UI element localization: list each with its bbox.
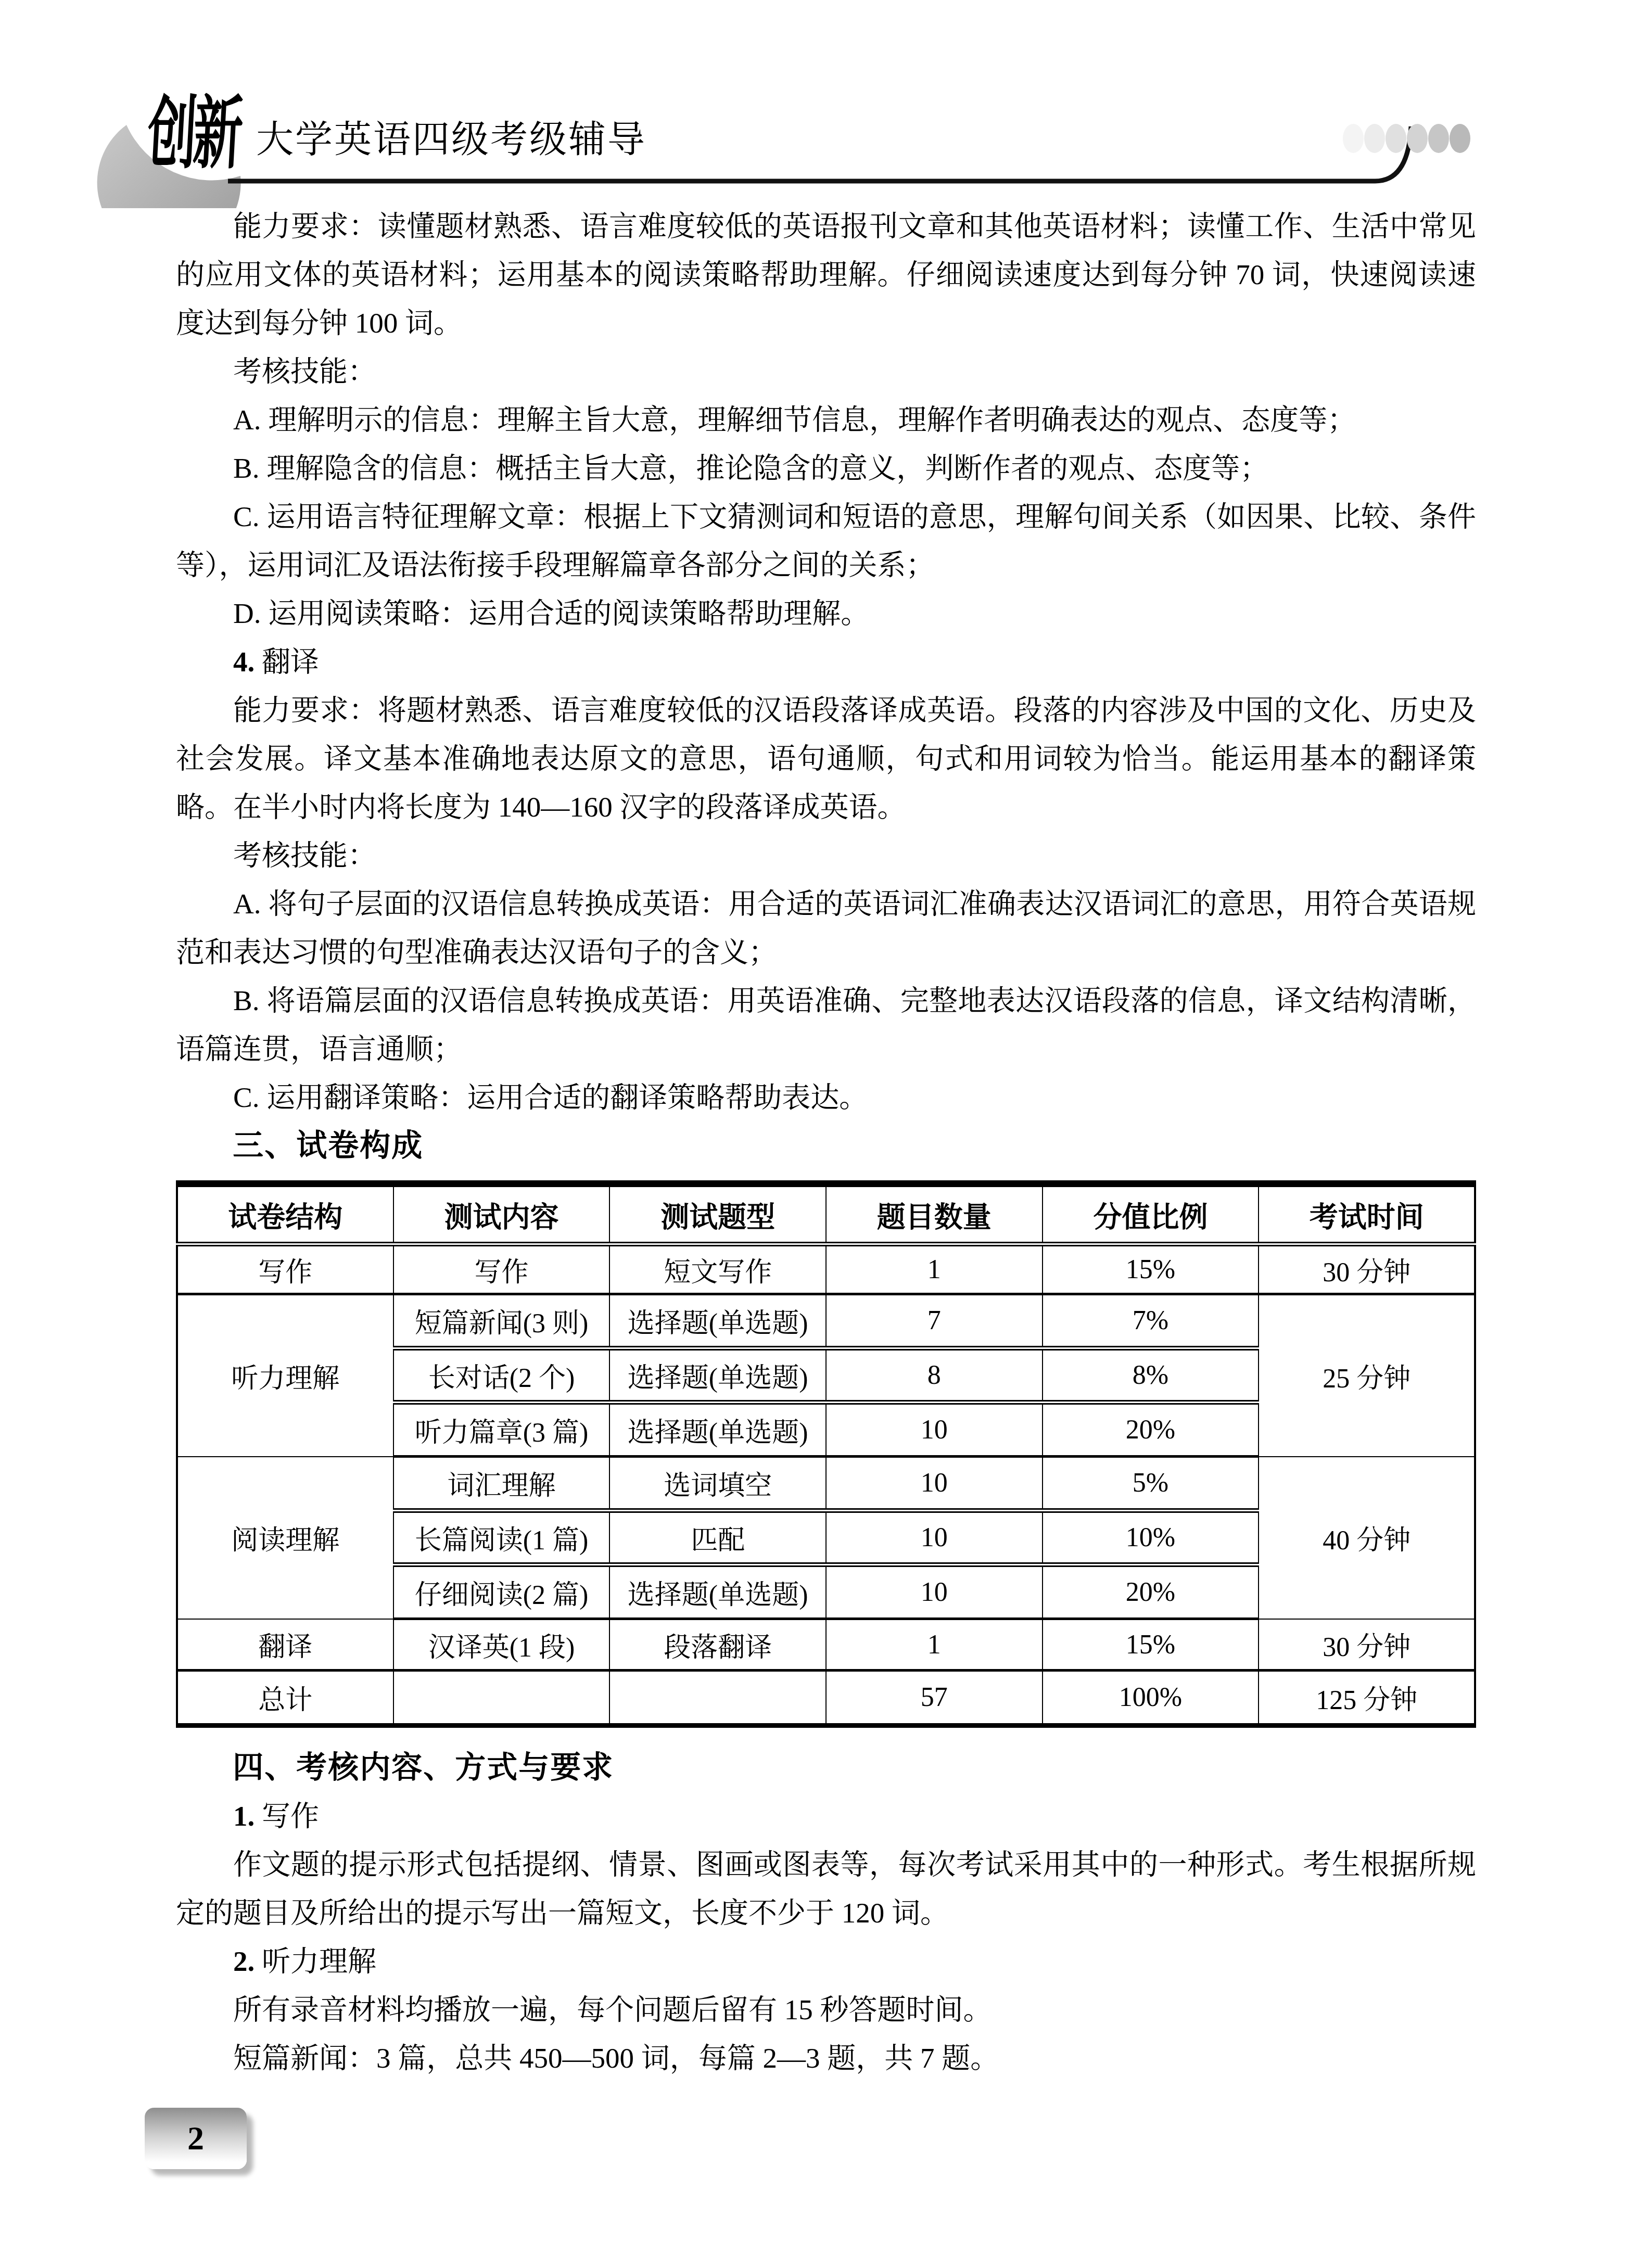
- cell-type: 短文写作: [609, 1244, 826, 1294]
- cell-total-time: 125 分钟: [1259, 1671, 1475, 1726]
- col-header-question-count: 题目数量: [826, 1184, 1043, 1244]
- paragraph-reading-ability: 能力要求：读懂题材熟悉、语言难度较低的英语报刊文章和其他英语材料；读懂工作、生活…: [176, 202, 1476, 347]
- col-header-test-content: 测试内容: [393, 1184, 610, 1244]
- paragraph-writing-requirement: 作文题的提示形式包括提纲、情景、图画或图表等，每次考试采用其中的一种形式。考生根…: [176, 1840, 1476, 1937]
- cell-content: 短篇新闻(3 则): [393, 1294, 610, 1348]
- cell-count: 10: [826, 1457, 1043, 1511]
- header-decoration: [0, 0, 1652, 208]
- cell-ratio: 20%: [1043, 1565, 1259, 1619]
- cell-content: 写作: [393, 1244, 610, 1294]
- cell-count: 8: [826, 1348, 1043, 1403]
- table-row-reading-vocabulary: 阅读理解 词汇理解 选词填空 10 5% 40 分钟: [177, 1457, 1475, 1511]
- cell-ratio: 15%: [1043, 1619, 1259, 1671]
- label-assessed-skills-translation: 考核技能：: [176, 831, 1476, 880]
- section-heading-assessment: 四、考核内容、方式与要求: [176, 1743, 1476, 1792]
- cell-section-reading: 阅读理解: [177, 1457, 393, 1619]
- col-header-paper-structure: 试卷结构: [177, 1184, 393, 1244]
- reading-skill-item-a: A. 理解明示的信息：理解主旨大意，理解细节信息，理解作者明确表达的观点、态度等…: [176, 396, 1476, 444]
- cell-content: 仔细阅读(2 篇): [393, 1565, 610, 1619]
- cell-ratio: 10%: [1043, 1511, 1259, 1565]
- table-row-translation: 翻译 汉译英(1 段) 段落翻译 1 15% 30 分钟: [177, 1619, 1475, 1671]
- reading-skill-item-b: B. 理解隐含的信息：概括主旨大意，推论隐含的意义，判断作者的观点、态度等；: [176, 444, 1476, 492]
- table-row-listening-news: 听力理解 短篇新闻(3 则) 选择题(单选题) 7 7% 25 分钟: [177, 1294, 1475, 1348]
- cell-empty: [393, 1671, 610, 1726]
- col-header-exam-time: 考试时间: [1259, 1184, 1475, 1244]
- cell-section-listening: 听力理解: [177, 1294, 393, 1457]
- numbered-item-4-translation: 4. 翻译: [176, 638, 1476, 686]
- cell-count: 10: [826, 1403, 1043, 1457]
- col-header-test-question-type: 测试题型: [609, 1184, 826, 1244]
- translation-skill-item-b: B. 将语篇层面的汉语信息转换成英语：用英语准确、完整地表达汉语段落的信息，译文…: [176, 976, 1476, 1073]
- cell-total-count: 57: [826, 1671, 1043, 1726]
- cell-section: 翻译: [177, 1619, 393, 1671]
- cell-time-listening: 25 分钟: [1259, 1294, 1475, 1457]
- cell-count: 10: [826, 1511, 1043, 1565]
- cell-time-reading: 40 分钟: [1259, 1457, 1475, 1619]
- page-header: 创新 大学英语四级考级辅导: [0, 0, 1652, 208]
- table-row-total: 总计 57 100% 125 分钟: [177, 1671, 1475, 1726]
- cell-type: 选择题(单选题): [609, 1403, 826, 1457]
- page-header-title: 大学英语四级考级辅导: [256, 119, 646, 160]
- cell-total-label: 总计: [177, 1671, 393, 1726]
- cell-content: 听力篇章(3 篇): [393, 1403, 610, 1457]
- cell-time: 30 分钟: [1259, 1244, 1475, 1294]
- col-header-score-ratio: 分值比例: [1043, 1184, 1259, 1244]
- cell-ratio: 7%: [1043, 1294, 1259, 1348]
- translation-skill-item-a: A. 将句子层面的汉语信息转换成英语：用合适的英语词汇准确表达汉语词汇的意思，用…: [176, 880, 1476, 976]
- numbered-item-2-listening: 2. 听力理解: [176, 1937, 1476, 1985]
- cell-ratio: 20%: [1043, 1403, 1259, 1457]
- cell-type: 选择题(单选题): [609, 1348, 826, 1403]
- item-label: 翻译: [262, 646, 319, 678]
- cell-type: 匹配: [609, 1511, 826, 1565]
- item-number: 4.: [233, 646, 255, 678]
- table-row-writing: 写作 写作 短文写作 1 15% 30 分钟: [177, 1244, 1475, 1294]
- paragraph-listening-requirement: 所有录音材料均播放一遍，每个问题后留有 15 秒答题时间。: [176, 1985, 1476, 2034]
- cell-section: 写作: [177, 1244, 393, 1294]
- cell-ratio: 8%: [1043, 1348, 1259, 1403]
- cell-count: 7: [826, 1294, 1043, 1348]
- exam-structure-table: 试卷结构 测试内容 测试题型 题目数量 分值比例 考试时间 写作 写作 短文写作…: [176, 1180, 1476, 1728]
- numbered-item-1-writing: 1. 写作: [176, 1792, 1476, 1840]
- section-heading-paper-structure: 三、试卷构成: [176, 1122, 1476, 1170]
- table-header-row: 试卷结构 测试内容 测试题型 题目数量 分值比例 考试时间: [177, 1184, 1475, 1244]
- paragraph-news-requirement: 短篇新闻：3 篇，总共 450—500 词，每篇 2—3 题，共 7 题。: [176, 2034, 1476, 2082]
- brand-logo: 创新: [145, 93, 242, 176]
- book-page: 创新 大学英语四级考级辅导 能力要求：读懂题材熟悉、语言难度较低的英语报刊文章和…: [0, 0, 1652, 2242]
- cell-time: 30 分钟: [1259, 1619, 1475, 1671]
- cell-type: 选择题(单选题): [609, 1294, 826, 1348]
- page-body: 能力要求：读懂题材熟悉、语言难度较低的英语报刊文章和其他英语材料；读懂工作、生活…: [0, 202, 1652, 2082]
- cell-content: 词汇理解: [393, 1457, 610, 1511]
- cell-count: 1: [826, 1244, 1043, 1294]
- page-number: 2: [187, 2119, 204, 2158]
- cell-count: 1: [826, 1619, 1043, 1671]
- translation-skill-item-c: C. 运用翻译策略：运用合适的翻译策略帮助表达。: [176, 1073, 1476, 1122]
- cell-type: 段落翻译: [609, 1619, 826, 1671]
- page-number-tab: 2: [145, 2108, 247, 2169]
- cell-type: 选词填空: [609, 1457, 826, 1511]
- cell-ratio: 15%: [1043, 1244, 1259, 1294]
- item-number: 1.: [233, 1800, 255, 1832]
- cell-total-ratio: 100%: [1043, 1671, 1259, 1726]
- reading-skill-item-c: C. 运用语言特征理解文章：根据上下文猜测词和短语的意思，理解句间关系（如因果、…: [176, 492, 1476, 589]
- item-label: 写作: [262, 1800, 319, 1832]
- cell-content: 长篇阅读(1 篇): [393, 1511, 610, 1565]
- cell-content: 长对话(2 个): [393, 1348, 610, 1403]
- cell-content: 汉译英(1 段): [393, 1619, 610, 1671]
- cell-count: 10: [826, 1565, 1043, 1619]
- cell-ratio: 5%: [1043, 1457, 1259, 1511]
- paragraph-translation-ability: 能力要求：将题材熟悉、语言难度较低的汉语段落译成英语。段落的内容涉及中国的文化、…: [176, 686, 1476, 831]
- item-label: 听力理解: [262, 1945, 376, 1977]
- cell-type: 选择题(单选题): [609, 1565, 826, 1619]
- label-assessed-skills-reading: 考核技能：: [176, 347, 1476, 396]
- reading-skill-item-d: D. 运用阅读策略：运用合适的阅读策略帮助理解。: [176, 589, 1476, 638]
- cell-empty: [609, 1671, 826, 1726]
- item-number: 2.: [233, 1945, 255, 1977]
